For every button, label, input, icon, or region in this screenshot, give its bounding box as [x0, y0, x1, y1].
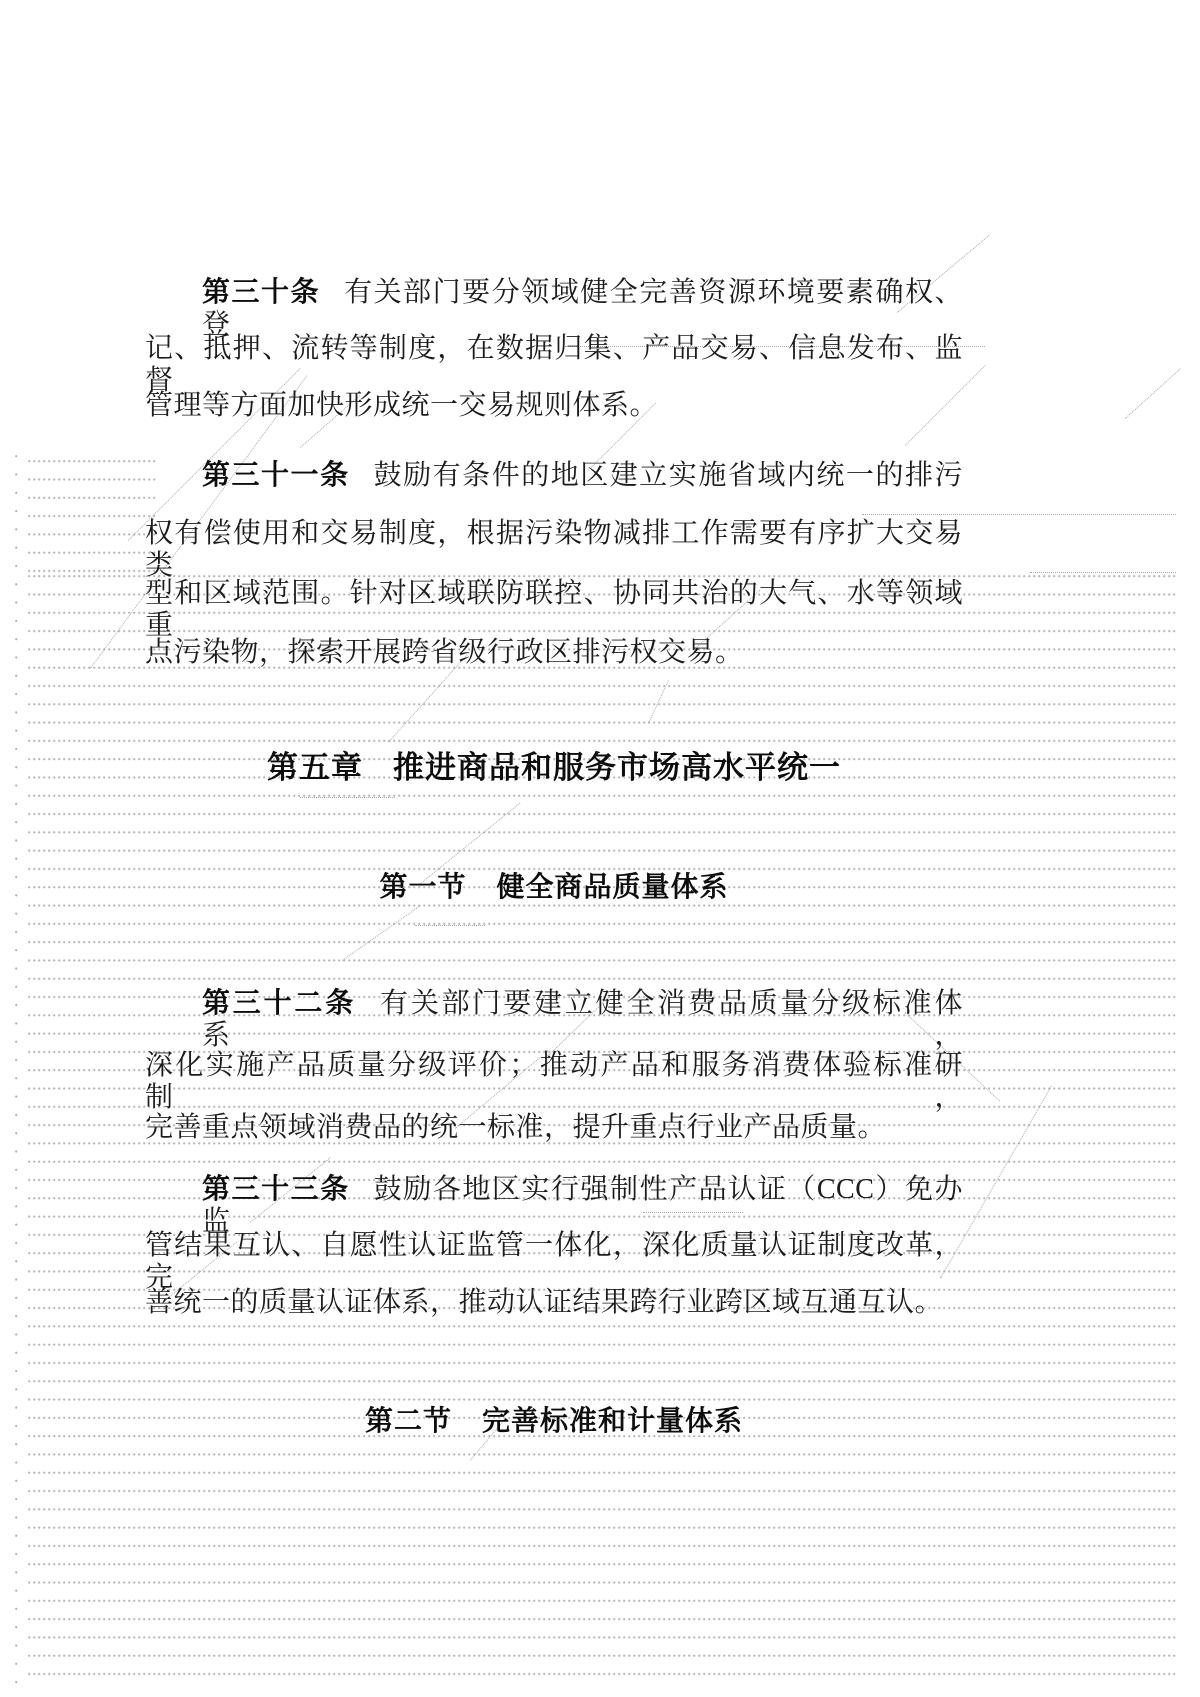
document-page: 第三十条有关部门要分领域健全完善资源环境要素确权、登 记、抵押、流转等制度，在数…	[0, 0, 1200, 1697]
section-2-title: 完善标准和计量体系	[482, 1405, 743, 1436]
article-33-line-3: 善统一的质量认证体系，推动认证结果跨行业跨区域互通互认。	[145, 1287, 963, 1319]
watermark-diagonal	[1125, 368, 1181, 418]
section-1-heading: 第一节健全商品质量体系	[145, 871, 963, 903]
section-2-heading: 第二节完善标准和计量体系	[145, 1405, 963, 1437]
chapter-heading: 第五章推进商品和服务市场高水平统一	[145, 750, 963, 786]
article-32-line-2: 深化实施产品质量分级评价；推动产品和服务消费体验标准研制，	[145, 1050, 963, 1114]
article-32-line-1: 第三十二条有关部门要建立健全消费品质量分级标准体系，	[145, 987, 963, 1052]
article-33-line-2: 管结果互认、自愿性认证监管一体化，深化质量认证制度改革，完	[145, 1230, 963, 1294]
chapter-title: 推进商品和服务市场高水平统一	[393, 750, 841, 785]
watermark-hline	[300, 797, 395, 798]
article-31-line-3: 型和区域范围。针对区域联防联控、协同共治的大气、水等领域重	[145, 578, 963, 642]
watermark-hline	[415, 925, 485, 926]
article-33-line-1: 第三十三条鼓励各地区实行强制性产品认证（CCC）免办监	[145, 1173, 963, 1238]
article-31-line-4: 点污染物，探索开展跨省级行政区排污权交易。	[145, 637, 963, 669]
watermark-diagonal	[342, 906, 420, 961]
section-2-number: 第二节	[365, 1405, 452, 1436]
article-31-text: 鼓励有条件的地区建立实施省域内统一的排污	[374, 460, 963, 491]
section-1-title: 健全商品质量体系	[497, 871, 729, 902]
article-30-line-2: 记、抵押、流转等制度，在数据归集、产品交易、信息发布、监督	[145, 333, 963, 397]
article-33-label: 第三十三条	[202, 1173, 350, 1204]
watermark-hline	[1030, 572, 1176, 573]
article-31-label: 第三十一条	[202, 459, 350, 490]
article-32-line-3: 完善重点领域消费品的统一标准，提升重点行业产品质量。	[145, 1112, 963, 1144]
watermark-diagonal	[648, 680, 669, 723]
article-31-line-2: 权有偿使用和交易制度，根据污染物减排工作需要有序扩大交易类	[145, 518, 963, 582]
watermark-hline	[862, 514, 1176, 515]
article-32-label: 第三十二条	[202, 987, 356, 1018]
chapter-number: 第五章	[267, 750, 363, 785]
watermark-dotfield-left	[28, 460, 158, 578]
article-30-line-1: 第三十条有关部门要分领域健全完善资源环境要素确权、登	[145, 276, 963, 341]
article-30-label: 第三十条	[202, 276, 320, 307]
watermark-dot-column	[15, 455, 19, 1690]
article-31-line-1: 第三十一条鼓励有条件的地区建立实施省域内统一的排污	[145, 459, 963, 492]
article-30-line-3: 管理等方面加快形成统一交易规则体系。	[145, 390, 963, 422]
section-1-number: 第一节	[379, 871, 466, 902]
